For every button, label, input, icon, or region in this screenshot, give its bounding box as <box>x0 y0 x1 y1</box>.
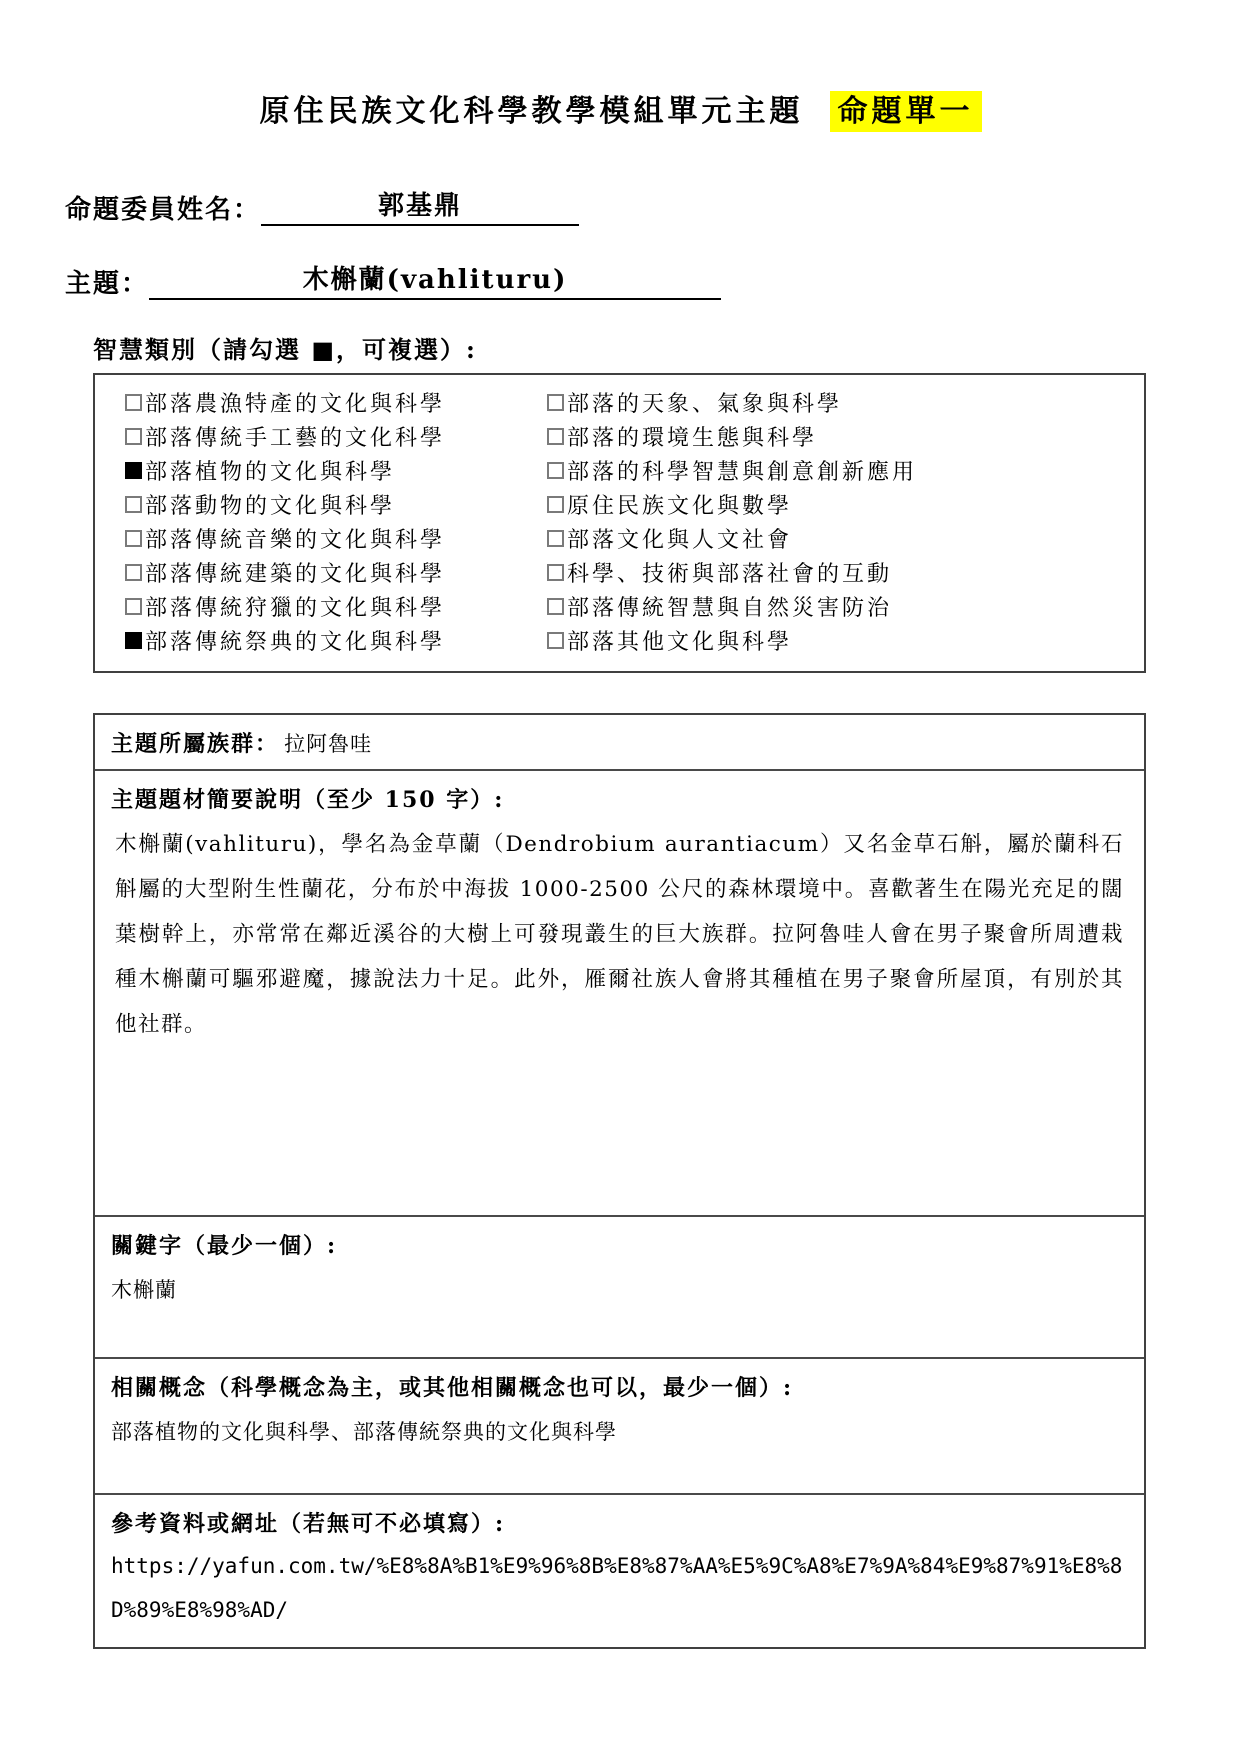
title-highlight: 命題單一 <box>830 91 982 132</box>
category-item: 部落傳統狩獵的文化與科學 <box>125 589 547 623</box>
category-section-heading: 智慧類別（請勾選 ■，可複選）: <box>93 330 1241 365</box>
checkbox-unchecked-icon[interactable] <box>547 632 564 649</box>
category-item: 部落的天象、氣象與科學 <box>547 385 1144 419</box>
checkbox-unchecked-icon[interactable] <box>125 564 142 581</box>
category-column-left: 部落農漁特產的文化與科學部落傳統手工藝的文化科學部落植物的文化與科學部落動物的文… <box>95 385 547 657</box>
checkbox-unchecked-icon[interactable] <box>547 428 564 445</box>
category-label: 部落傳統音樂的文化與科學 <box>145 523 445 554</box>
committee-label: 命題委員姓名： <box>65 195 261 225</box>
concepts-label: 相關概念（科學概念為主，或其他相關概念也可以，最少一個）: <box>111 1375 793 1401</box>
category-label: 部落其他文化與科學 <box>567 625 792 656</box>
reference-row: 參考資料或網址（若無可不必填寫）: https://yafun.com.tw/%… <box>95 1493 1144 1647</box>
category-item: 部落文化與人文社會 <box>547 521 1144 555</box>
checkbox-unchecked-icon[interactable] <box>547 462 564 479</box>
category-item: 部落傳統祭典的文化與科學 <box>125 623 547 657</box>
category-label: 部落的科學智慧與創意創新應用 <box>567 455 917 486</box>
category-item: 部落傳統手工藝的文化科學 <box>125 419 547 453</box>
category-label: 部落文化與人文社會 <box>567 523 792 554</box>
summary-text: 木槲蘭(vahlituru)，學名為金草蘭（Dendrobium auranti… <box>111 822 1128 1047</box>
checkbox-unchecked-icon[interactable] <box>547 394 564 411</box>
category-item: 部落傳統建築的文化與科學 <box>125 555 547 589</box>
category-label: 部落傳統手工藝的文化科學 <box>145 421 445 452</box>
category-item: 原住民族文化與數學 <box>547 487 1144 521</box>
concepts-row: 相關概念（科學概念為主，或其他相關概念也可以，最少一個）: 部落植物的文化與科學… <box>95 1357 1144 1493</box>
checkbox-unchecked-icon[interactable] <box>547 530 564 547</box>
category-label: 部落植物的文化與科學 <box>145 455 395 486</box>
category-item: 部落的環境生態與科學 <box>547 419 1144 453</box>
keywords-label: 關鍵字（最少一個）: <box>111 1233 337 1259</box>
page-title: 原住民族文化科學教學模組單元主題命題單一 <box>0 0 1241 130</box>
checkbox-unchecked-icon[interactable] <box>125 598 142 615</box>
checkbox-checked-icon[interactable] <box>125 632 142 649</box>
category-label: 部落傳統狩獵的文化與科學 <box>145 591 445 622</box>
checkbox-unchecked-icon[interactable] <box>125 428 142 445</box>
reference-url: https://yafun.com.tw/%E8%8A%B1%E9%96%8B%… <box>111 1544 1128 1632</box>
category-label: 原住民族文化與數學 <box>567 489 792 520</box>
checkbox-unchecked-icon[interactable] <box>125 530 142 547</box>
checkbox-unchecked-icon[interactable] <box>125 496 142 513</box>
category-label: 部落農漁特產的文化與科學 <box>145 387 445 418</box>
ethnic-group-value: 拉阿魯哇 <box>284 732 372 756</box>
category-label: 科學、技術與部落社會的互動 <box>567 557 892 588</box>
topic-field: 主題：木槲蘭(vahlituru) <box>65 262 1241 300</box>
category-item: 科學、技術與部落社會的互動 <box>547 555 1144 589</box>
keywords-row: 關鍵字（最少一個）: 木槲蘭 <box>95 1215 1144 1357</box>
category-item: 部落傳統音樂的文化與科學 <box>125 521 547 555</box>
ethnic-group-label: 主題所屬族群： <box>111 731 279 757</box>
committee-field: 命題委員姓名：郭基鼎 <box>65 188 1241 226</box>
summary-row: 主題題材簡要說明（至少 150 字）: 木槲蘭(vahlituru)，學名為金草… <box>95 769 1144 1215</box>
category-item: 部落動物的文化與科學 <box>125 487 547 521</box>
topic-label: 主題： <box>65 269 149 299</box>
checkbox-unchecked-icon[interactable] <box>547 496 564 513</box>
keywords-value: 木槲蘭 <box>111 1274 1128 1304</box>
category-label: 部落傳統祭典的文化與科學 <box>145 625 445 656</box>
category-label: 部落傳統智慧與自然災害防治 <box>567 591 892 622</box>
category-column-right: 部落的天象、氣象與科學部落的環境生態與科學部落的科學智慧與創意創新應用原住民族文… <box>547 385 1144 657</box>
concepts-value: 部落植物的文化與科學、部落傳統祭典的文化與科學 <box>111 1416 1128 1446</box>
category-item: 部落其他文化與科學 <box>547 623 1144 657</box>
category-item: 部落植物的文化與科學 <box>125 453 547 487</box>
summary-label: 主題題材簡要說明（至少 150 字）: <box>111 787 504 813</box>
page-title-text: 原住民族文化科學教學模組單元主題 <box>260 94 804 129</box>
checkbox-unchecked-icon[interactable] <box>125 394 142 411</box>
ethnic-group-row: 主題所屬族群： 拉阿魯哇 <box>95 715 1144 769</box>
category-checkbox-box: 部落農漁特產的文化與科學部落傳統手工藝的文化科學部落植物的文化與科學部落動物的文… <box>93 373 1146 673</box>
category-item: 部落農漁特產的文化與科學 <box>125 385 547 419</box>
checkbox-unchecked-icon[interactable] <box>547 598 564 615</box>
topic-blank: 木槲蘭(vahlituru) <box>149 262 721 300</box>
category-item: 部落的科學智慧與創意創新應用 <box>547 453 1144 487</box>
reference-label: 參考資料或網址（若無可不必填寫）: <box>111 1511 505 1537</box>
checkbox-unchecked-icon[interactable] <box>547 564 564 581</box>
category-label: 部落傳統建築的文化與科學 <box>145 557 445 588</box>
category-label: 部落動物的文化與科學 <box>145 489 395 520</box>
category-label: 部落的環境生態與科學 <box>567 421 817 452</box>
category-label: 部落的天象、氣象與科學 <box>567 387 842 418</box>
checkbox-checked-icon[interactable] <box>125 462 142 479</box>
committee-name-blank: 郭基鼎 <box>261 188 579 226</box>
detail-table: 主題所屬族群： 拉阿魯哇 主題題材簡要說明（至少 150 字）: 木槲蘭(vah… <box>93 713 1146 1649</box>
category-item: 部落傳統智慧與自然災害防治 <box>547 589 1144 623</box>
